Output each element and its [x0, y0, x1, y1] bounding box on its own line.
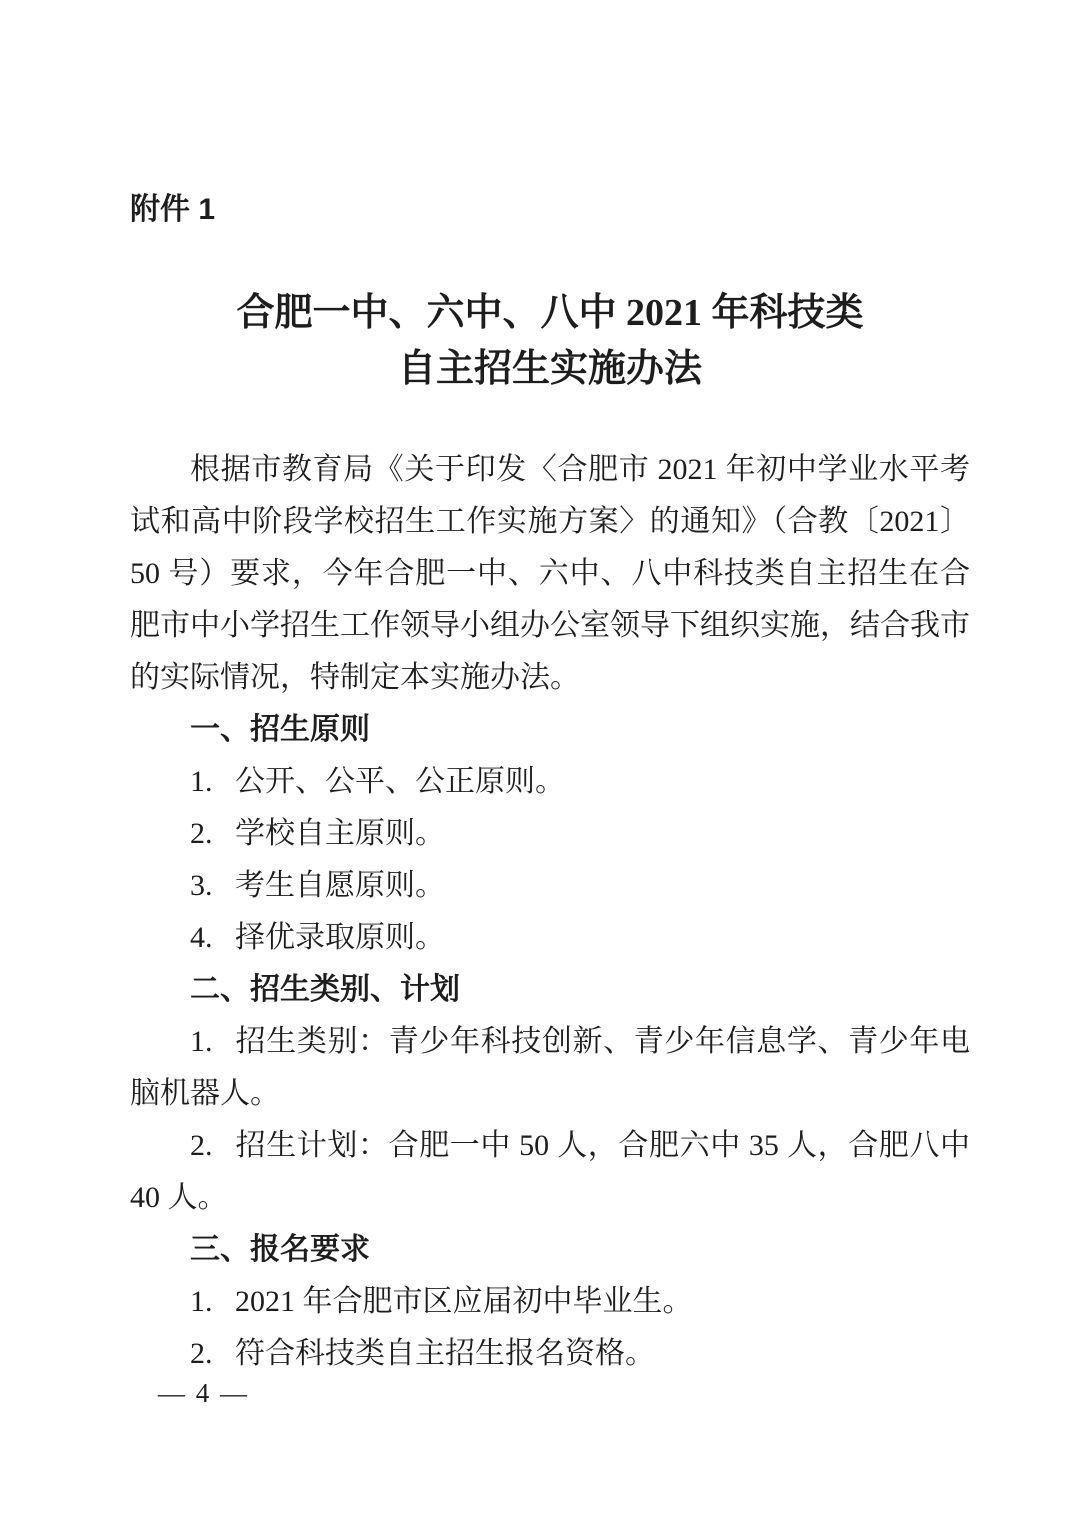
document-title: 合肥一中、六中、八中 2021 年科技类 自主招生实施办法	[130, 285, 970, 397]
section-1-item-4: 4. 择优录取原则。	[130, 912, 970, 964]
document-body: 根据市教育局《关于印发〈合肥市 2021 年初中学业水平考试和高中阶段学校招生工…	[130, 444, 970, 1380]
section-1-item-2: 2. 学校自主原则。	[130, 808, 970, 860]
section-heading-2: 二、招生类别、计划	[130, 964, 970, 1016]
section-1-item-1: 1. 公开、公平、公正原则。	[130, 756, 970, 808]
section-heading-3: 三、报名要求	[130, 1224, 970, 1276]
section-1-item-3: 3. 考生自愿原则。	[130, 860, 970, 912]
section-heading-1: 一、招生原则	[130, 704, 970, 756]
document-title-line-1: 合肥一中、六中、八中 2021 年科技类	[130, 285, 970, 341]
document-page: 附件 1 合肥一中、六中、八中 2021 年科技类 自主招生实施办法 根据市教育…	[0, 0, 1080, 1527]
intro-paragraph: 根据市教育局《关于印发〈合肥市 2021 年初中学业水平考试和高中阶段学校招生工…	[130, 444, 970, 704]
attachment-label: 附件 1	[130, 190, 970, 230]
page-number: — 4 —	[158, 1376, 249, 1410]
section-3-item-1: 1. 2021 年合肥市区应届初中毕业生。	[130, 1276, 970, 1328]
section-3-item-2: 2. 符合科技类自主招生报名资格。	[130, 1328, 970, 1380]
document-title-line-2: 自主招生实施办法	[130, 341, 970, 397]
section-2-item-1: 1. 招生类别：青少年科技创新、青少年信息学、青少年电脑机器人。	[130, 1016, 970, 1120]
document-content: 附件 1 合肥一中、六中、八中 2021 年科技类 自主招生实施办法 根据市教育…	[0, 0, 1080, 1380]
section-2-item-2: 2. 招生计划：合肥一中 50 人，合肥六中 35 人，合肥八中 40 人。	[130, 1120, 970, 1224]
